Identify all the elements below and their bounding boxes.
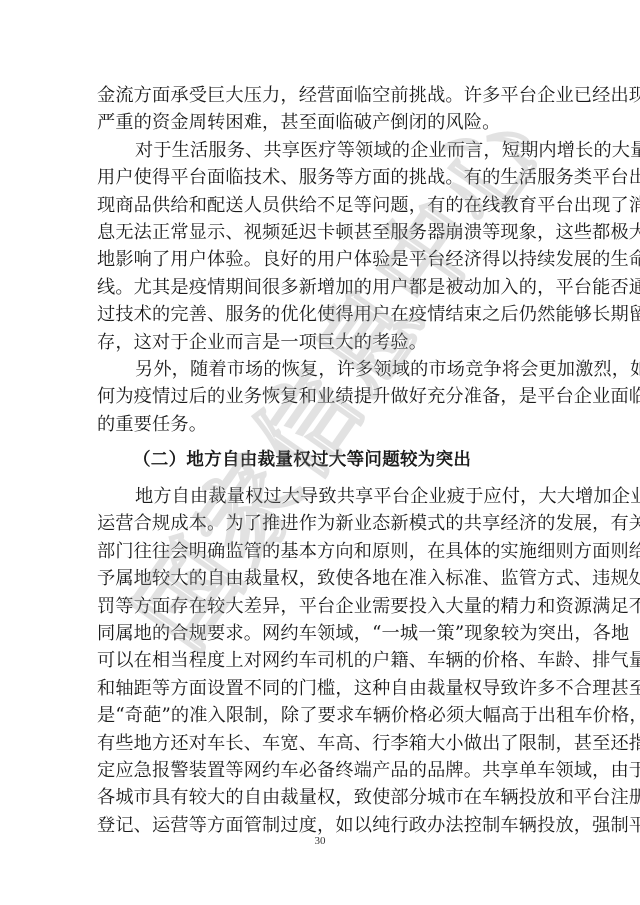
text-line: 现商品供给和配送人员供给不足等问题，有的在线教育平台出现了消 [97,192,545,219]
text-line: 运营合规成本。为了推进作为新业态新模式的共享经济的发展，有关 [97,510,545,537]
text-line: 的重要任务。 [97,411,545,438]
paragraph-continuation: 金流方面承受巨大压力，经营面临空前挑战。许多平台企业已经出现 严重的资金周转困难… [97,82,545,137]
text-line: 同属地的合规要求。网约车领域，“一城一策”现象较为突出，各地 [97,620,545,647]
text-line: 予属地较大的自由裁量权，致使各地在准入标准、监管方式、违规处 [97,565,545,592]
text-line: 地方自由裁量权过大导致共享平台企业疲于应付，大大增加企业 [97,483,545,510]
page-number: 30 [0,835,640,847]
text-line: 地影响了用户体验。良好的用户体验是平台经济得以持续发展的生命 [97,246,545,273]
page-body: 金流方面承受巨大压力，经营面临空前挑战。许多平台企业已经出现 严重的资金周转困难… [97,82,545,839]
text-line: 有些地方还对车长、车宽、车高、行李箱大小做出了限制，甚至还指 [97,730,545,757]
text-line: 线。尤其是疫情期间很多新增加的用户都是被动加入的，平台能否通 [97,274,545,301]
text-line: 罚等方面存在较大差异，平台企业需要投入大量的精力和资源满足不 [97,593,545,620]
text-line: 对于生活服务、共享医疗等领域的企业而言，短期内增长的大量 [97,137,545,164]
text-line: 部门往往会明确监管的基本方向和原则，在具体的实施细则方面则给 [97,538,545,565]
text-line: 是“奇葩”的准入限制，除了要求车辆价格必须大幅高于出租车价格， [97,702,545,729]
section-heading: （二）地方自由裁量权过大等问题较为突出 [97,447,545,474]
text-line: 过技术的完善、服务的优化使得用户在疫情结束之后仍然能够长期留 [97,301,545,328]
text-line: 可以在相当程度上对网约车司机的户籍、车辆的价格、车龄、排气量 [97,647,545,674]
document-page: 金流方面承受巨大压力，经营面临空前挑战。许多平台企业已经出现 严重的资金周转困难… [0,0,640,905]
text-line: 和轴距等方面设置不同的门槛，这种自由裁量权导致许多不合理甚至 [97,675,545,702]
paragraph-user-experience: 对于生活服务、共享医疗等领域的企业而言，短期内增长的大量 用户使得平台面临技术、… [97,137,545,356]
text-line: 严重的资金周转困难，甚至面临破产倒闭的风险。 [97,109,545,136]
text-line: 各城市具有较大的自由裁量权，致使部分城市在车辆投放和平台注册 [97,784,545,811]
text-line: 另外，随着市场的恢复，许多领域的市场竞争将会更加激烈，如 [97,356,545,383]
text-line: 金流方面承受巨大压力，经营面临空前挑战。许多平台企业已经出现 [97,82,545,109]
text-line: 息无法正常显示、视频延迟卡顿甚至服务器崩溃等现象，这些都极大 [97,219,545,246]
text-line: 用户使得平台面临技术、服务等方面的挑战。有的生活服务类平台出 [97,164,545,191]
text-line: 何为疫情过后的业务恢复和业绩提升做好充分准备，是平台企业面临 [97,383,545,410]
text-line: 定应急报警装置等网约车必备终端产品的品牌。共享单车领域，由于 [97,757,545,784]
text-line: 存，这对于企业而言是一项巨大的考验。 [97,329,545,356]
paragraph-market-recovery: 另外，随着市场的恢复，许多领域的市场竞争将会更加激烈，如 何为疫情过后的业务恢复… [97,356,545,438]
paragraph-local-discretion: 地方自由裁量权过大导致共享平台企业疲于应付，大大增加企业 运营合规成本。为了推进… [97,483,545,839]
